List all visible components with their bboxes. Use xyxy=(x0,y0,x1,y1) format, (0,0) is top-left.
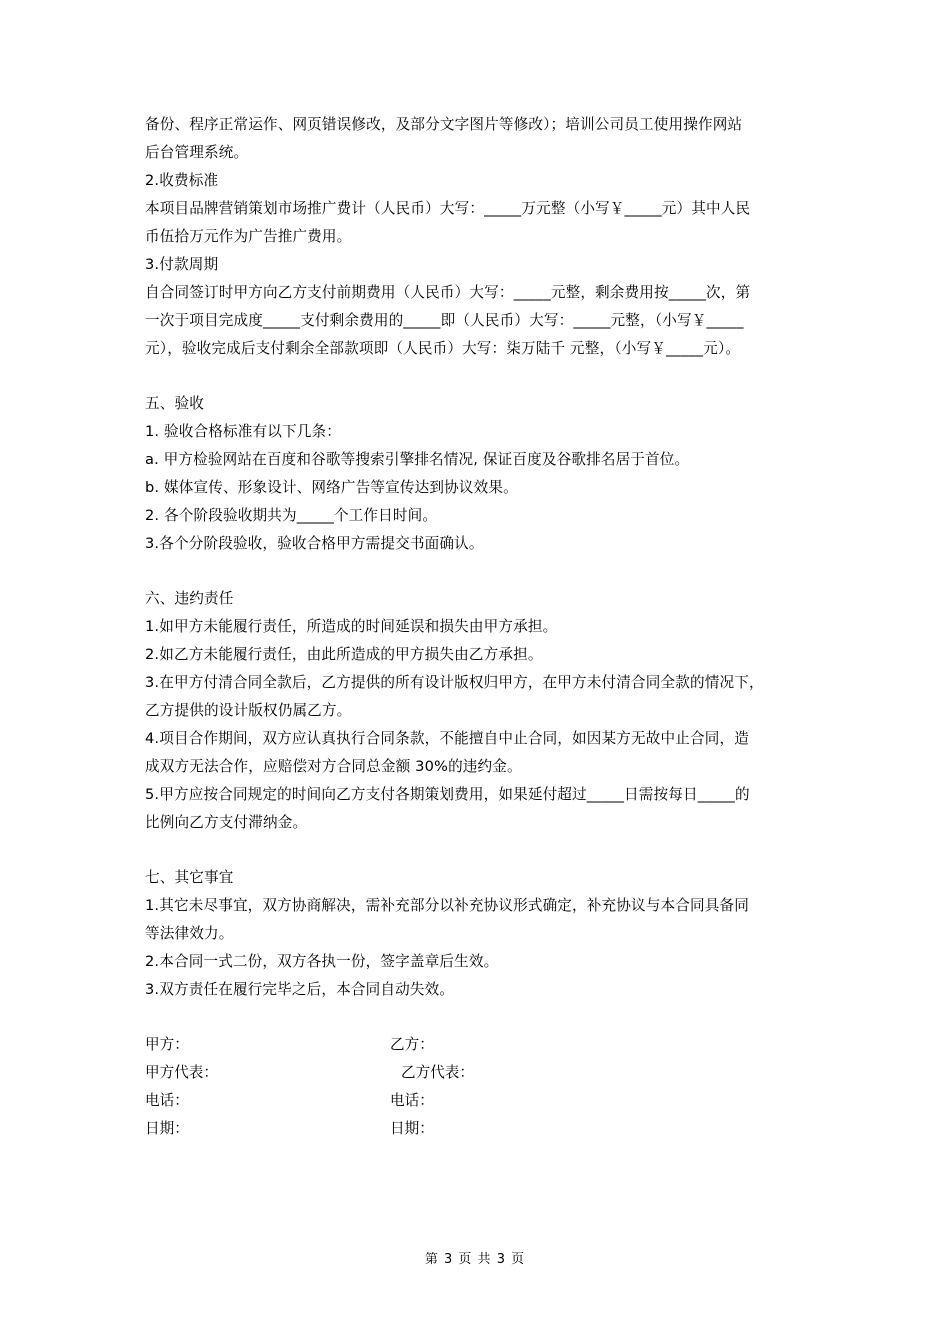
subheading-payment-cycle: 3.付款周期 xyxy=(145,251,805,279)
section-title-liability: 六、违约责任 xyxy=(145,585,805,613)
signature-row-representative: 甲方代表： 乙方代表： xyxy=(145,1059,645,1087)
text-line: 4.项目合作期间，双方应认真执行合同条款，不能擅自中止合同，如因某方无故中止合同… xyxy=(145,725,805,753)
text-line: 5.甲方应按合同规定的时间向乙方支付各期策划费用，如果延付超过_____日需按每… xyxy=(145,781,805,809)
rep-b-label: 乙方代表： xyxy=(390,1059,474,1087)
text-line: 2.本合同一式二份，双方各执一份，签字盖章后生效。 xyxy=(145,948,805,976)
text-line: 币伍拾万元作为广告推广费用。 xyxy=(145,223,805,251)
document-body: 备份、程序正常运作、网页错误修改，及部分文字图片等修改）；培训公司员工使用操作网… xyxy=(145,111,805,1004)
text-line: 2. 各个阶段验收期共为_____个工作日时间。 xyxy=(145,502,805,530)
party-b-label: 乙方： xyxy=(390,1031,434,1059)
text-line: 比例向乙方支付滞纳金。 xyxy=(145,809,805,837)
text-line: 自合同签订时甲方向乙方支付前期费用（人民币）大写：_____元整，剩余费用按__… xyxy=(145,279,805,307)
section-title-other: 七、其它事宜 xyxy=(145,864,805,892)
phone-a-label: 电话： xyxy=(145,1087,390,1115)
party-a-label: 甲方： xyxy=(145,1031,390,1059)
text-line: 备份、程序正常运作、网页错误修改，及部分文字图片等修改）；培训公司员工使用操作网… xyxy=(145,111,805,139)
section-title-acceptance: 五、验收 xyxy=(145,390,805,418)
signature-row-date: 日期： 日期： xyxy=(145,1115,645,1143)
signature-row-phone: 电话： 电话： xyxy=(145,1087,645,1115)
text-line: 一次于项目完成度_____支付剩余费用的_____即（人民币）大写：_____元… xyxy=(145,307,805,335)
text-line: 后台管理系统。 xyxy=(145,139,805,167)
text-line: 成双方无法合作，应赔偿对方合同总金额 30%的违约金。 xyxy=(145,753,805,781)
rep-a-label: 甲方代表： xyxy=(145,1059,390,1087)
text-line: 等法律效力。 xyxy=(145,920,805,948)
text-line: 元），验收完成后支付剩余全部款项即（人民币）大写：柒万陆千 元整，（小写￥___… xyxy=(145,335,805,363)
spacer xyxy=(145,837,805,864)
phone-b-label: 电话： xyxy=(390,1087,434,1115)
text-line: 3.各个分阶段验收，验收合格甲方需提交书面确认。 xyxy=(145,530,805,558)
signature-block: 甲方： 乙方： 甲方代表： 乙方代表： 电话： 电话： 日期： 日期： xyxy=(145,1031,645,1143)
text-line: 3.在甲方付清合同全款后，乙方提供的所有设计版权归甲方，在甲方未付清合同全款的情… xyxy=(145,669,805,697)
text-line: 1.如甲方未能履行责任，所造成的时间延误和损失由甲方承担。 xyxy=(145,613,805,641)
text-line: 本项目品牌营销策划市场推广费计（人民币）大写：_____万元整（小写￥_____… xyxy=(145,195,805,223)
date-a-label: 日期： xyxy=(145,1115,390,1143)
spacer xyxy=(145,363,805,390)
page-number-footer: 第 3 页 共 3 页 xyxy=(0,1248,950,1267)
text-line: 1. 验收合格标准有以下几条： xyxy=(145,418,805,446)
text-line: 乙方提供的设计版权仍属乙方。 xyxy=(145,697,805,725)
text-line: b. 媒体宣传、形象设计、网络广告等宣传达到协议效果。 xyxy=(145,474,805,502)
text-line: 1.其它未尽事宜，双方协商解决，需补充部分以补充协议形式确定，补充协议与本合同具… xyxy=(145,892,805,920)
subheading-fee-standard: 2.收费标准 xyxy=(145,167,805,195)
date-b-label: 日期： xyxy=(390,1115,434,1143)
text-line: 3.双方责任在履行完毕之后，本合同自动失效。 xyxy=(145,976,805,1004)
text-line: a. 甲方检验网站在百度和谷歌等搜索引擎排名情况, 保证百度及谷歌排名居于首位。 xyxy=(145,446,805,474)
signature-row-party: 甲方： 乙方： xyxy=(145,1031,645,1059)
text-line: 2.如乙方未能履行责任，由此所造成的甲方损失由乙方承担。 xyxy=(145,641,805,669)
spacer xyxy=(145,558,805,585)
